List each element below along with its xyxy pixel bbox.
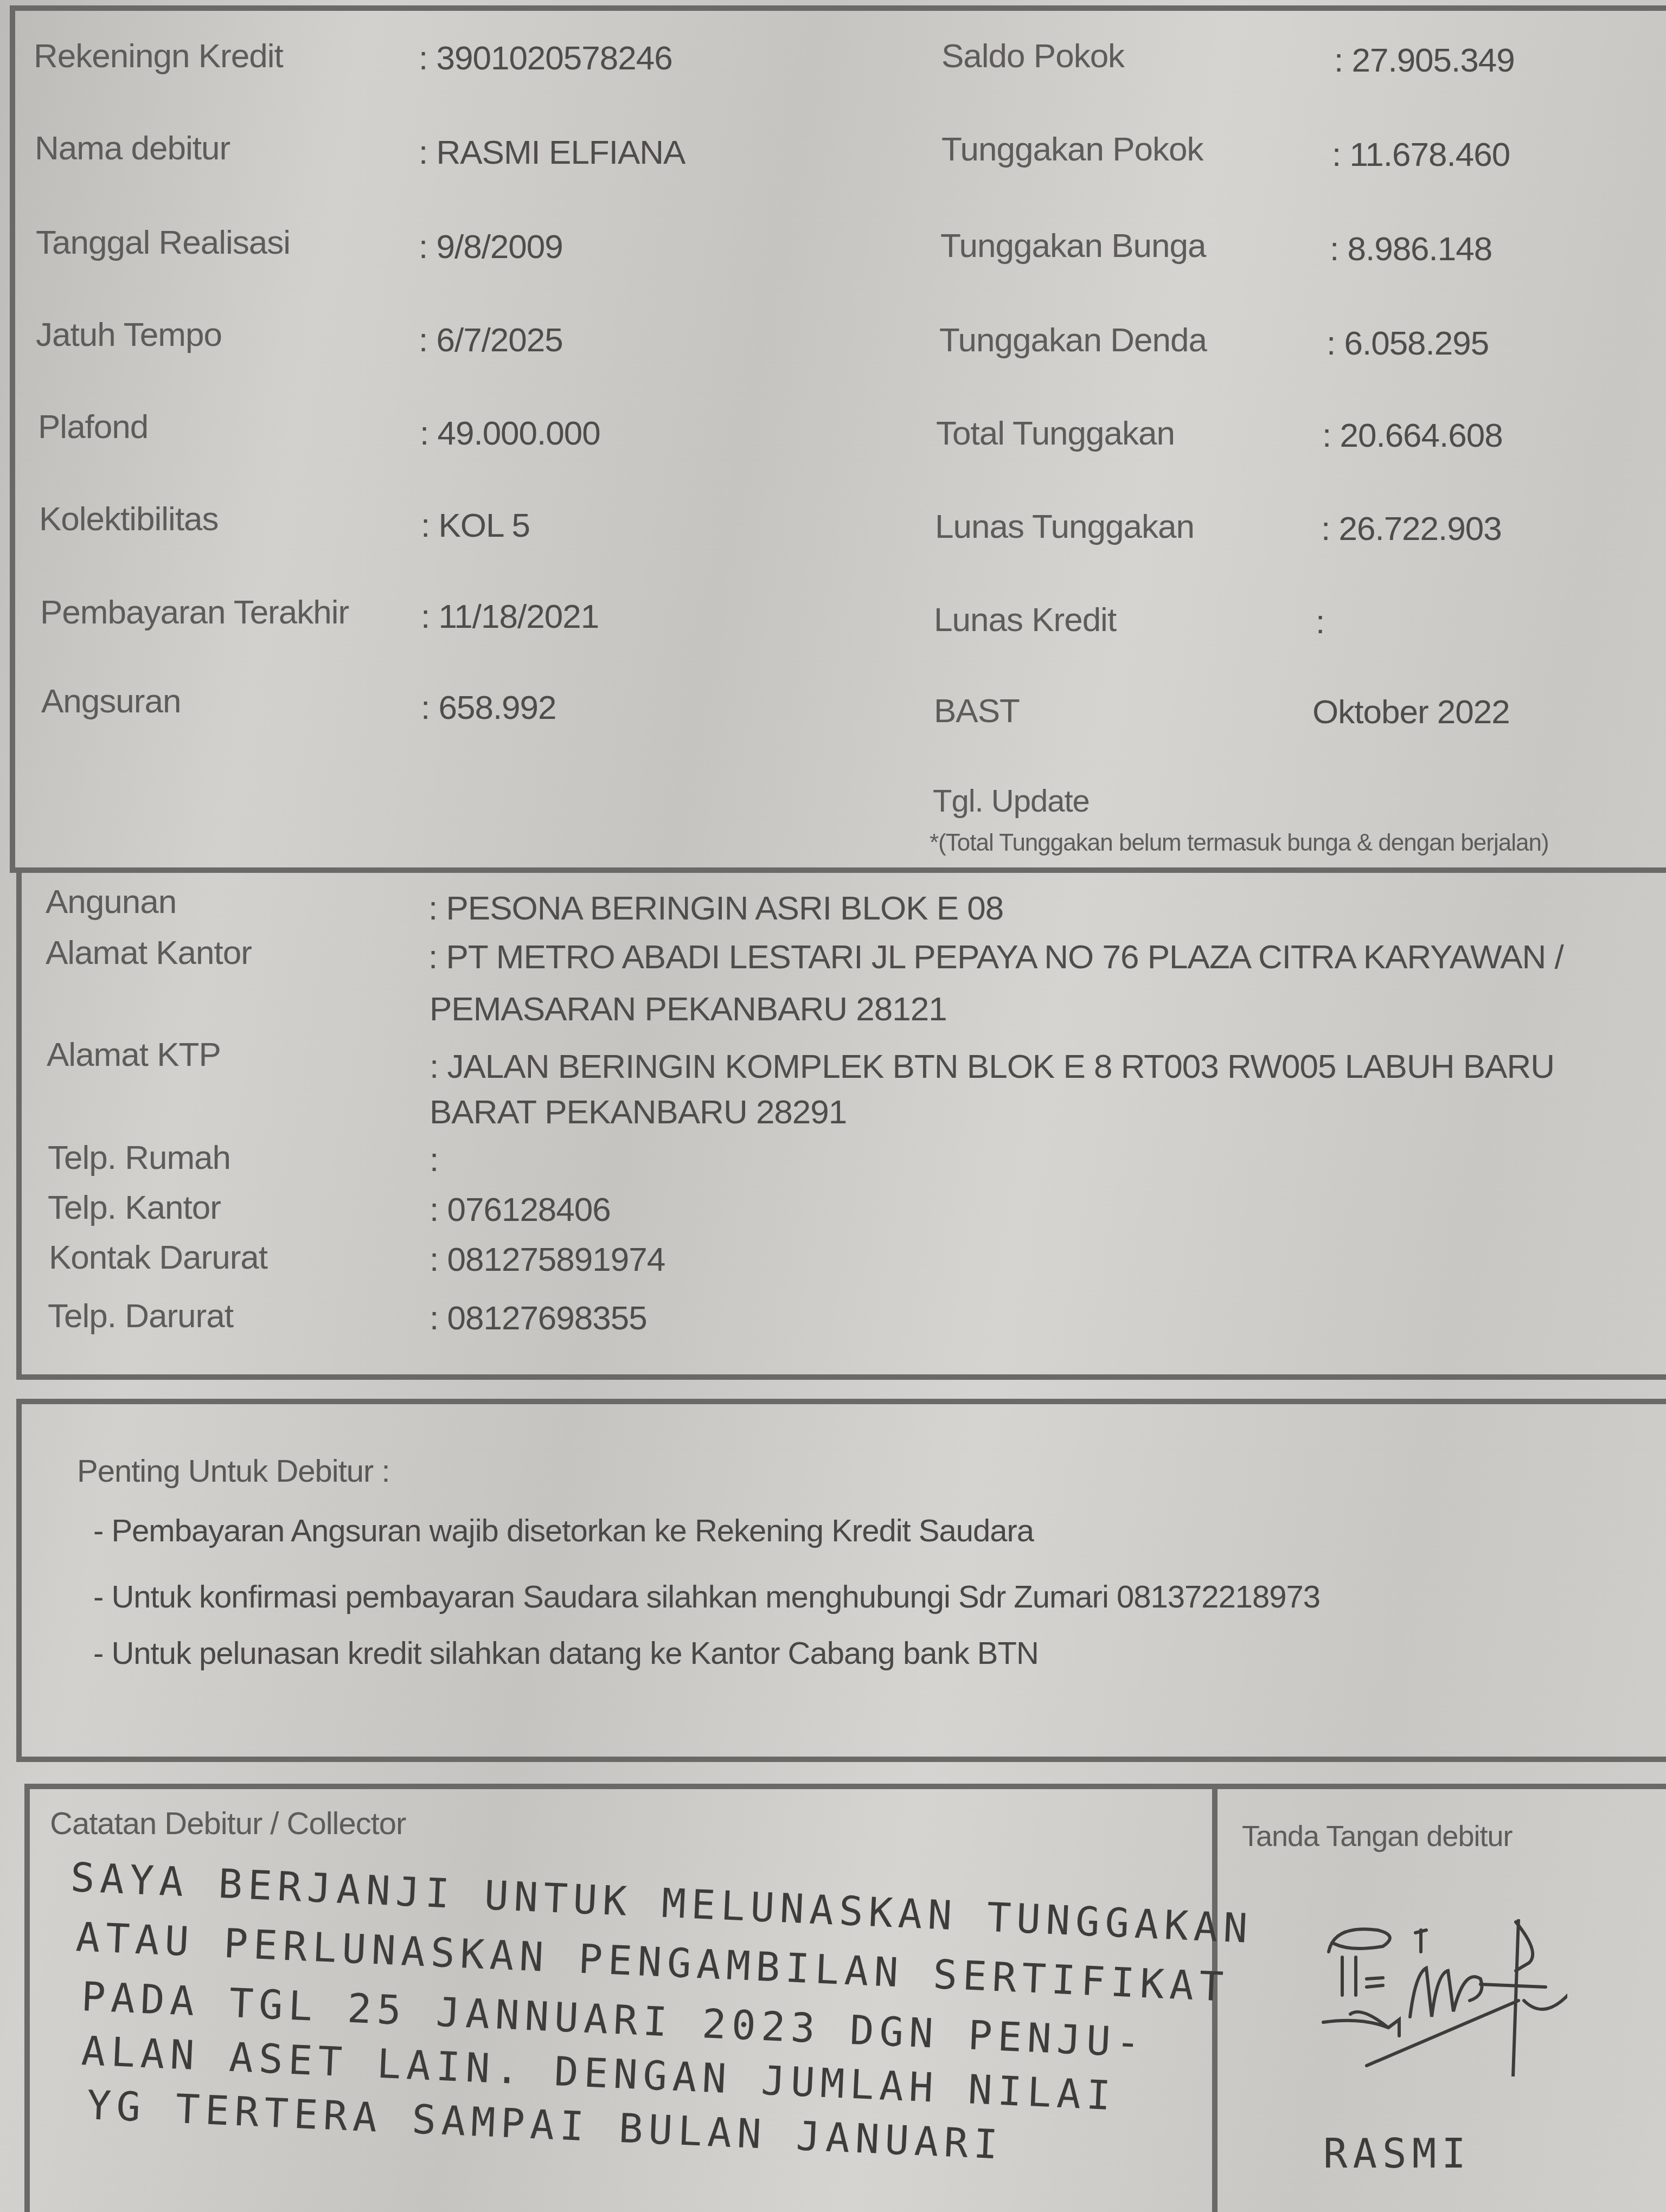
value-angsuran: : 658.992 <box>421 689 556 727</box>
label-lunas-tunggakan: Lunas Tunggakan <box>935 507 1194 546</box>
label-kontak-darurat: Kontak Darurat <box>49 1238 267 1277</box>
value-angunan: : PESONA BERINGIN ASRI BLOK E 08 <box>428 889 1003 928</box>
label-angsuran: Angsuran <box>41 682 181 721</box>
label-alamat-kantor: Alamat Kantor <box>46 934 252 972</box>
value-total-tunggakan: : 20.664.608 <box>1322 416 1503 455</box>
label-plafond: Plafond <box>38 408 148 446</box>
label-rekening-kredit: Rekeningn Kredit <box>34 37 283 75</box>
label-nama-debitur: Nama debitur <box>35 129 230 168</box>
value-tunggakan-bunga: : 8.986.148 <box>1330 230 1492 268</box>
value-alamat-kantor: : PT METRO ABADI LESTARI JL PEPAYA NO 76… <box>428 938 1564 976</box>
value-kontak-darurat: : 081275891974 <box>430 1240 665 1279</box>
value-saldo-pokok: : 27.905.349 <box>1334 41 1515 80</box>
notice-item: - Untuk pelunasan kredit silahkan datang… <box>93 1635 1039 1671</box>
notes-title: Catatan Debitur / Collector <box>50 1805 406 1842</box>
notice-item: - Untuk konfirmasi pembayaran Saudara si… <box>93 1579 1320 1615</box>
label-tanggal-realisasi: Tanggal Realisasi <box>36 223 290 262</box>
label-telp-darurat: Telp. Darurat <box>48 1297 233 1335</box>
label-total-tunggakan: Total Tunggakan <box>936 414 1175 453</box>
value-plafond: : 49.000.000 <box>420 414 600 453</box>
value-pembayaran-terakhir: : 11/18/2021 <box>421 597 599 636</box>
total-tunggakan-note: *(Total Tunggakan belum termasuk bunga &… <box>930 829 1549 857</box>
label-tgl-update: Tgl. Update <box>933 783 1090 819</box>
label-pembayaran-terakhir: Pembayaran Terakhir <box>40 593 349 632</box>
label-tunggakan-pokok: Tunggakan Pokok <box>941 130 1203 169</box>
value-telp-rumah: : <box>430 1141 438 1179</box>
label-tunggakan-bunga: Tunggakan Bunga <box>940 227 1206 265</box>
signature-title: Tanda Tangan debitur <box>1242 1819 1512 1853</box>
label-jatuh-tempo: Jatuh Tempo <box>36 316 222 354</box>
label-alamat-ktp: Alamat KTP <box>47 1036 221 1074</box>
signature-name: RASMI <box>1323 2131 1471 2177</box>
value-telp-kantor: : 076128406 <box>430 1191 611 1229</box>
label-lunas-kredit: Lunas Kredit <box>934 601 1116 639</box>
value-alamat-kantor-line2: PEMASARAN PEKANBARU 28121 <box>430 990 947 1028</box>
label-kolektibilitas: Kolektibilitas <box>39 500 219 538</box>
value-alamat-ktp-line2: BARAT PEKANBARU 28291 <box>430 1093 847 1131</box>
label-angunan: Angunan <box>46 883 176 921</box>
notice-item: - Pembayaran Angsuran wajib disetorkan k… <box>93 1513 1034 1549</box>
value-telp-darurat: : 08127698355 <box>430 1299 647 1338</box>
value-kolektibilitas: : KOL 5 <box>421 506 530 545</box>
value-tanggal-realisasi: : 9/8/2009 <box>419 228 563 266</box>
label-saldo-pokok: Saldo Pokok <box>941 37 1124 75</box>
value-rekening-kredit: : 3901020578246 <box>419 39 672 78</box>
label-tunggakan-denda: Tunggakan Denda <box>939 321 1207 359</box>
label-bast: BAST <box>934 692 1020 730</box>
signature-mark-icon <box>1318 1919 1567 2076</box>
value-tunggakan-pokok: : 11.678.460 <box>1332 136 1510 174</box>
value-lunas-tunggakan: : 26.722.903 <box>1321 510 1502 548</box>
value-lunas-kredit: : <box>1316 603 1324 641</box>
notice-title: Penting Untuk Debitur : <box>77 1453 390 1489</box>
value-bast: Oktober 2022 <box>1312 693 1510 731</box>
value-jatuh-tempo: : 6/7/2025 <box>419 321 563 359</box>
value-tunggakan-denda: : 6.058.295 <box>1327 324 1489 363</box>
label-telp-kantor: Telp. Kantor <box>48 1188 221 1227</box>
value-nama-debitur: : RASMI ELFIANA <box>419 133 685 172</box>
value-alamat-ktp: : JALAN BERINGIN KOMPLEK BTN BLOK E 8 RT… <box>430 1047 1554 1086</box>
label-telp-rumah: Telp. Rumah <box>48 1139 230 1177</box>
